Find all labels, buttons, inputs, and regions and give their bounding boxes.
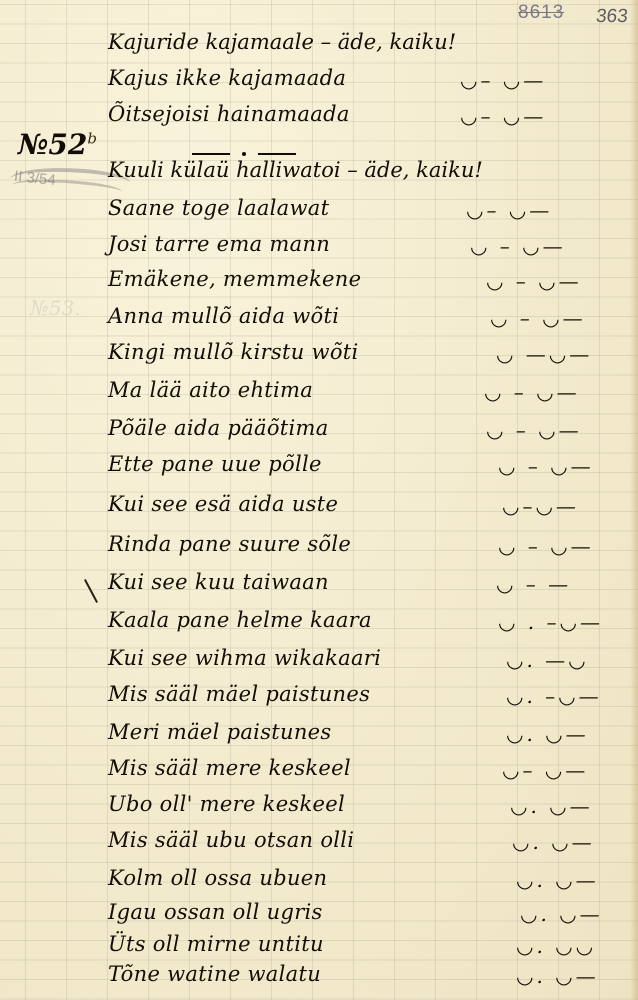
verse-text: Kaala pane helme kaara [108, 608, 372, 632]
meter-notation: ◡. —◡ [506, 648, 589, 672]
meter-notation: ◡ . –◡— [498, 610, 603, 634]
meter-notation: ◡. ◡— [520, 902, 603, 926]
verse-line: Mis sääl ubu otsan olli ◡. ◡— [108, 828, 628, 858]
verse-line: Meri mäel paistunes ◡. ◡— [108, 720, 628, 750]
verse-line: Ma lää aito ehtima ◡ – ◡— [108, 378, 628, 408]
verse-line: Kolm oll ossa ubuen ◡. ◡— [108, 866, 628, 896]
verse-text: Kui see esä aida uste [108, 492, 338, 516]
meter-notation: ◡ – ◡— [486, 418, 582, 442]
meter-notation: ◡ – ◡— [484, 380, 580, 404]
separator-dash [192, 153, 230, 155]
meter-notation: ◡– ◡— [502, 758, 588, 782]
verse-line: Üts oll mirne untitu ◡. ◡◡ [108, 932, 628, 962]
verse-text: Kui see wihma wikakaari [108, 646, 381, 670]
verse-text: Õitsejoisi hainamaada [108, 102, 350, 126]
verse-line: Kui see esä aida uste ◡–◡— [108, 492, 628, 522]
verse-line: Saane toge laalawat ◡– ◡— [108, 196, 628, 226]
verse-text: Ubo oll' mere keskeel [108, 792, 345, 816]
meter-notation: ◡ – — [496, 572, 571, 596]
manuscript-page: 8613 363 №52b II 3/54 №53. Kajuride kaja… [0, 0, 638, 1000]
verse-text: Kuuli külaü halliwatoi – äde, kaiku! [108, 158, 483, 182]
verse-line: Mis sääl mäel paistunes ◡. –◡— [108, 682, 628, 712]
bleed-through-text: №53. [30, 296, 81, 320]
song-number-suffix: b [87, 130, 97, 148]
meter-notation: ◡– ◡— [460, 104, 546, 128]
verse-text: Ette pane uue põlle [108, 452, 322, 476]
verse-line: Josi tarre ema mann ◡ – ◡— [108, 232, 628, 262]
verse-text: Kolm oll ossa ubuen [108, 866, 327, 890]
verse-line: Kuuli külaü halliwatoi – äde, kaiku! [108, 158, 628, 188]
verse-text: Mis sääl mere keskeel [108, 756, 351, 780]
verse-text: Emäkene, memmekene [108, 267, 361, 291]
meter-notation: ◡. ◡— [510, 794, 593, 818]
meter-notation: ◡ – ◡— [490, 306, 586, 330]
verse-line: Ette pane uue põlle ◡ – ◡— [108, 452, 628, 482]
meter-notation: ◡ – ◡— [498, 454, 594, 478]
verse-text: Kajuride kajamaale – äde, kaiku! [108, 30, 456, 54]
meter-notation: ◡. ◡— [516, 868, 599, 892]
page-number: 363 [595, 6, 629, 28]
verse-text: Kajus ikke kajamaada [108, 66, 346, 90]
verse-text: Tõne watine walatu [108, 962, 321, 986]
margin-tick-mark [84, 579, 98, 603]
verse-line: Ubo oll' mere keskeel ◡. ◡— [108, 792, 628, 822]
verse-text: Kui see kuu taiwaan [108, 570, 329, 594]
verse-line: Tõne watine walatu ◡. ◡— [108, 962, 628, 992]
verse-text: Ma lää aito ehtima [108, 378, 313, 402]
verse-text: Anna mullõ aida wõti [108, 304, 339, 328]
verse-line: Emäkene, memmekene ◡ – ◡— [108, 267, 628, 297]
song-number: №52b [18, 128, 97, 161]
song-number-label: №52 [18, 128, 87, 161]
verse-text: Josi tarre ema mann [108, 232, 330, 256]
verse-line: Anna mullõ aida wõti ◡ – ◡— [108, 304, 628, 334]
verse-line: Kui see kuu taiwaan ◡ – — [108, 570, 628, 600]
verse-text: Saane toge laalawat [108, 196, 329, 220]
verse-line: Õitsejoisi hainamaada ◡– ◡— [108, 102, 628, 132]
verse-line: Igau ossan oll ugris ◡. ◡— [108, 900, 628, 930]
verse-text: Üts oll mirne untitu [108, 932, 324, 956]
meter-notation: ◡ —◡— [496, 342, 592, 366]
verse-line: Mis sääl mere keskeel ◡– ◡— [108, 756, 628, 786]
meter-notation: ◡. ◡— [512, 830, 595, 854]
meter-notation: ◡ – ◡— [486, 269, 582, 293]
meter-notation: ◡– ◡— [466, 198, 552, 222]
meter-notation: ◡. –◡— [506, 684, 602, 708]
verse-line: Kaala pane helme kaara ◡ . –◡— [108, 608, 628, 638]
verse-line: Rinda pane suure sõle ◡ – ◡— [108, 532, 628, 562]
verse-text: Meri mäel paistunes [108, 720, 331, 744]
verse-line: Põäle aida pääõtima ◡ – ◡— [108, 416, 628, 446]
meter-notation: ◡ – ◡— [470, 234, 566, 258]
meter-notation: ◡. ◡— [506, 722, 589, 746]
separator-dash [258, 153, 296, 155]
verse-text: Põäle aida pääõtima [108, 416, 329, 440]
separator-dot [242, 152, 246, 156]
verse-text: Igau ossan oll ugris [108, 900, 323, 924]
verse-text: Kingi mullõ kirstu wõti [108, 340, 359, 364]
meter-notation: ◡– ◡— [460, 68, 546, 92]
meter-notation: ◡ – ◡— [498, 534, 594, 558]
meter-notation: ◡–◡— [502, 494, 579, 518]
verse-text: Mis sääl mäel paistunes [108, 682, 370, 706]
verse-line: Kingi mullõ kirstu wõti ◡ —◡— [108, 340, 628, 370]
verse-text: Rinda pane suure sõle [108, 532, 351, 556]
meter-notation: ◡. ◡— [516, 964, 599, 988]
verse-text: Mis sääl ubu otsan olli [108, 828, 354, 852]
verse-line: Kajus ikke kajamaada ◡– ◡— [108, 66, 628, 96]
verse-line: Kajuride kajamaale – äde, kaiku! [108, 30, 628, 60]
verse-line: Kui see wihma wikakaari ◡. —◡ [108, 646, 628, 676]
archive-number: 8613 [518, 2, 564, 24]
meter-notation: ◡. ◡◡ [516, 934, 596, 958]
